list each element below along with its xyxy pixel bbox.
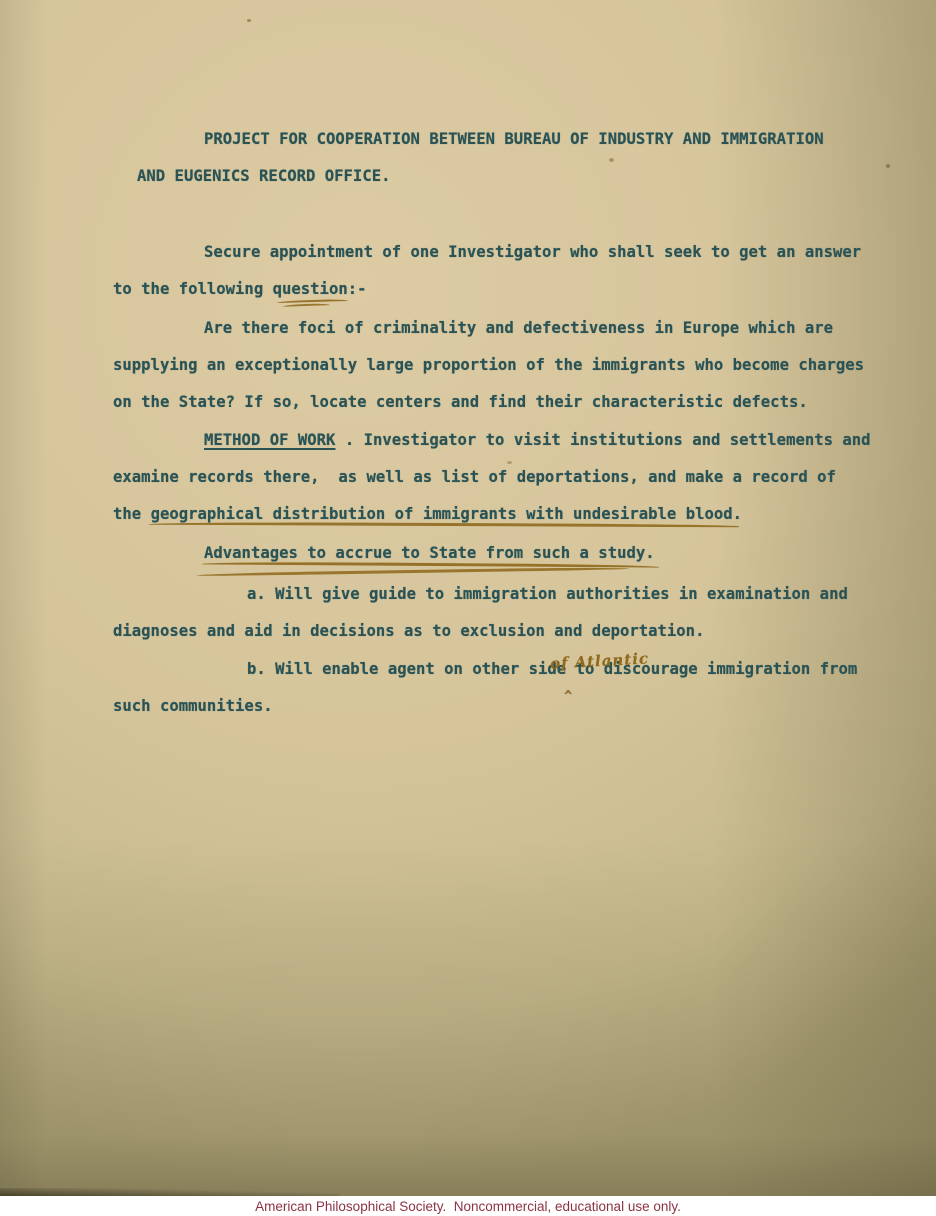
paragraph-3-line-2: examine records there, as well as list o…	[113, 468, 836, 486]
footer-credit-text: American Philosophical Society. Noncomme…	[255, 1199, 681, 1214]
paragraph-2-line-2: supplying an exceptionally large proport…	[113, 356, 864, 374]
paragraph-3-line-1: METHOD OF WORK . Investigator to visit i…	[204, 431, 871, 449]
footer-strip: American Philosophical Society. Noncomme…	[0, 1196, 936, 1216]
scanned-paper: PROJECT FOR COOPERATION BETWEEN BUREAU O…	[0, 0, 936, 1196]
paragraph-3-line-3-post: .	[733, 505, 742, 523]
paragraph-1-line-2-post: :-	[348, 280, 367, 298]
paragraph-1-line-2-pre: to the following	[113, 280, 273, 298]
paper-speck	[247, 19, 251, 22]
paper-speck	[507, 461, 512, 464]
item-a-line-2: diagnoses and aid in decisions as to exc…	[113, 622, 704, 640]
paper-bottom-edge-shadow	[0, 1188, 340, 1196]
paragraph-2-line-3: on the State? If so, locate centers and …	[113, 393, 808, 411]
paper-speck	[609, 158, 614, 162]
item-b-line-2: such communities.	[113, 697, 273, 715]
item-a-line-1: a. Will give guide to immigration author…	[247, 585, 848, 603]
paragraph-2-line-1: Are there foci of criminality and defect…	[204, 319, 833, 337]
hand-underlined-word-question: question	[273, 280, 348, 298]
item-b-line-1-pre: b. Will enable agent on other side	[247, 660, 566, 678]
document-title-line-1: PROJECT FOR COOPERATION BETWEEN BUREAU O…	[204, 130, 824, 148]
paragraph-3-line-1-rest: . Investigator to visit institutions and…	[335, 431, 870, 449]
advantages-heading-text: Advantages to accrue to State from such …	[204, 544, 655, 562]
method-of-work-heading: METHOD OF WORK	[204, 431, 335, 449]
paragraph-3-line-3-pre: the	[113, 505, 151, 523]
paper-speck	[886, 164, 890, 168]
paragraph-3-line-3: the geographical distribution of immigra…	[113, 505, 742, 523]
paragraph-1-line-2: to the following question:-	[113, 280, 367, 298]
hand-underlined-phrase: geographical distribution of immigrants …	[151, 505, 733, 523]
item-b-line-1: b. Will enable agent on other sideof Atl…	[247, 660, 857, 678]
advantages-heading: Advantages to accrue to State from such …	[204, 544, 655, 562]
insertion-caret: ^	[564, 689, 572, 704]
document-title-line-2: AND EUGENICS RECORD OFFICE.	[137, 167, 390, 185]
paragraph-1-line-1: Secure appointment of one Investigator w…	[204, 243, 861, 261]
